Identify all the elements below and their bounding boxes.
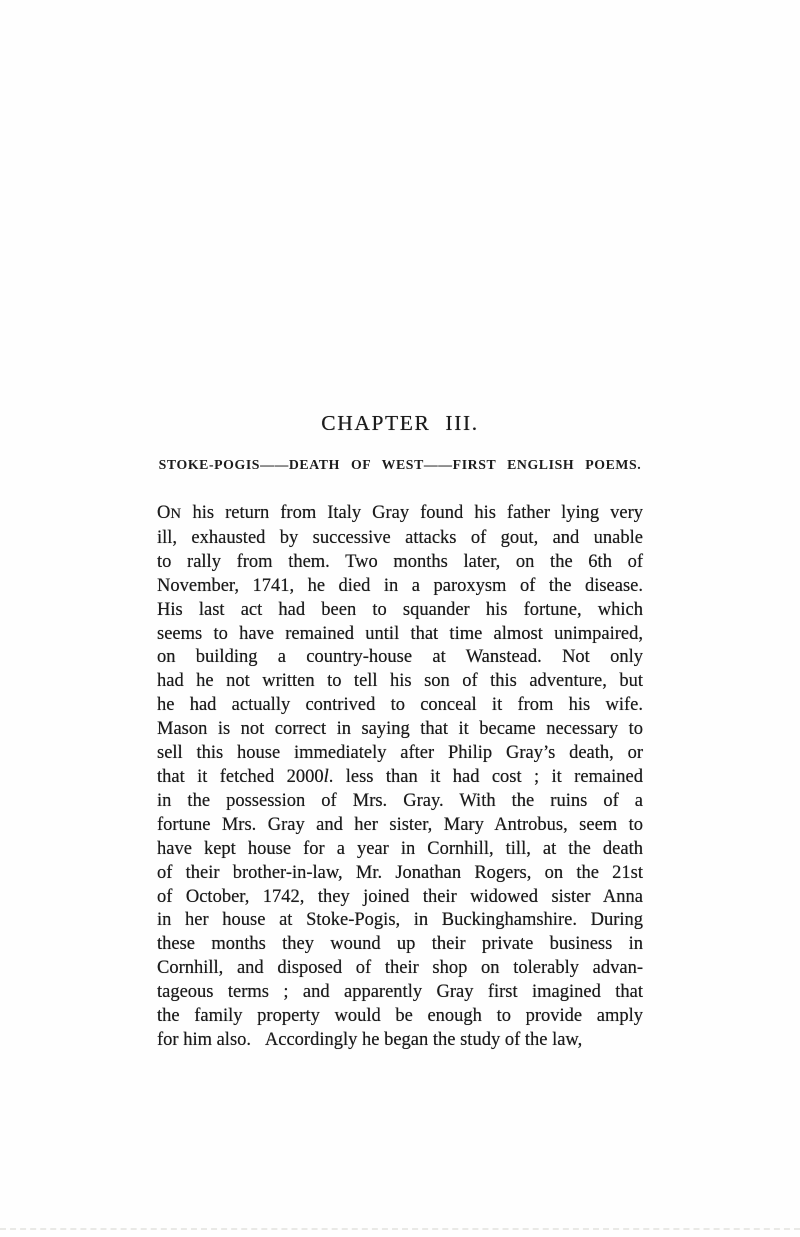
book-page: CHAPTER III. STOKE-POGIS——DEATH OF WEST—…: [0, 0, 800, 1237]
text-line: to rally from them. Two months later, on…: [157, 551, 643, 575]
text-line: seems to have remained until that time a…: [157, 623, 643, 647]
chapter-heading: CHAPTER III.: [157, 411, 643, 436]
text-line: November, 1741, he died in a paroxysm of…: [157, 575, 643, 599]
text-line: had he not written to tell his son of th…: [157, 670, 643, 694]
text-line: the family property would be enough to p…: [157, 1005, 643, 1029]
text-line: on building a country-house at Wanstead.…: [157, 646, 643, 670]
text-line: ON his return from Italy Gray found his …: [157, 502, 643, 527]
text-line: Mason is not correct in saying that it b…: [157, 718, 643, 742]
chapter-subtitle: STOKE-POGIS——DEATH OF WEST——FIRST ENGLIS…: [110, 457, 690, 473]
text-line: fortune Mrs. Gray and her sister, Mary A…: [157, 814, 643, 838]
text-line: tageous terms ; and apparently Gray firs…: [157, 981, 643, 1005]
text-line: of their brother-in-law, Mr. Jonathan Ro…: [157, 862, 643, 886]
text-line: for him also. Accordingly he began the s…: [157, 1029, 643, 1053]
text-line: he had actually contrived to conceal it …: [157, 694, 643, 718]
body-text: ON his return from Italy Gray found his …: [157, 502, 643, 1053]
text-line: His last act had been to squander his fo…: [157, 599, 643, 623]
text-line: of October, 1742, they joined their wido…: [157, 886, 643, 910]
page-scan-edge: [0, 1228, 800, 1230]
text-line: that it fetched 2000l. less than it had …: [157, 766, 643, 790]
text-line: ill, exhausted by successive attacks of …: [157, 527, 643, 551]
text-line: these months they wound up their private…: [157, 933, 643, 957]
text-line: Cornhill, and disposed of their shop on …: [157, 957, 643, 981]
text-line: have kept house for a year in Cornhill, …: [157, 838, 643, 862]
text-line: sell this house immediately after Philip…: [157, 742, 643, 766]
text-line: in the possession of Mrs. Gray. With the…: [157, 790, 643, 814]
text-line: in her house at Stoke-Pogis, in Buckingh…: [157, 909, 643, 933]
